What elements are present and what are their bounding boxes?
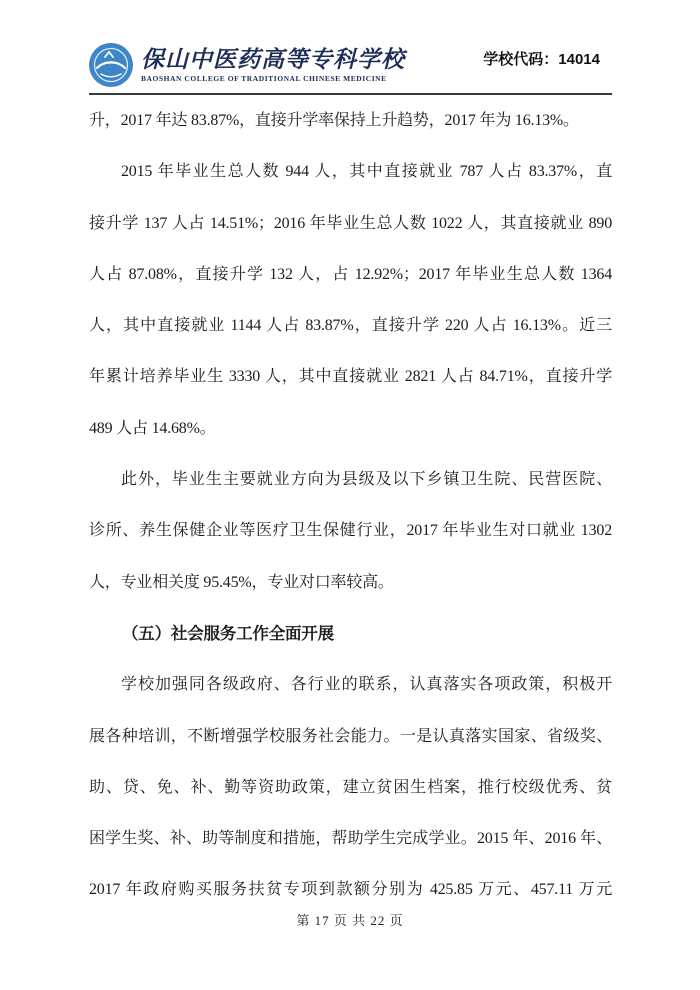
text-line: 489 人占 14.68%。 <box>89 403 612 454</box>
text-line: 诊所、养生保健企业等医疗卫生保健行业，2017 年毕业生对口就业 1302 <box>89 505 612 556</box>
text-line: 接升学 137 人占 14.51%；2016 年毕业生总人数 1022 人，其直… <box>89 198 612 249</box>
text-line: 2017 年政府购买服务扶贫专项到款额分别为 425.85 万元、457.11 … <box>89 864 612 915</box>
text-line: 助、贷、免、补、勤等资助政策，建立贫困生档案，推行校级优秀、贫 <box>89 762 612 813</box>
school-logo-icon <box>88 42 134 88</box>
text-line: 此外，毕业生主要就业方向为县级及以下乡镇卫生院、民营医院、 <box>89 454 612 505</box>
text-line: 学校加强同各级政府、各行业的联系，认真落实各项政策，积极开 <box>89 659 612 710</box>
school-code-label: 学校代码：14014 <box>483 48 600 69</box>
page-footer: 第 17 页 共 22 页 <box>0 910 700 929</box>
school-brand: 保山中医药高等专科学校 BAOSHAN COLLEGE OF TRADITION… <box>141 47 405 83</box>
section-heading: （五）社会服务工作全面开展 <box>89 608 612 659</box>
text-line: 人占 87.08%，直接升学 132 人，占 12.92%；2017 年毕业生总… <box>89 249 612 300</box>
school-name-en: BAOSHAN COLLEGE OF TRADITIONAL CHINESE M… <box>141 74 405 83</box>
page-number: 第 17 页 共 22 页 <box>296 913 403 928</box>
text-line: 2015 年毕业生总人数 944 人，其中直接就业 787 人占 83.37%，… <box>89 146 612 197</box>
document-body: 升，2017 年达 83.87%，直接升学率保持上升趋势，2017 年为 16.… <box>89 95 612 916</box>
text-line: 人，其中直接就业 1144 人占 83.87%，直接升学 220 人占 16.1… <box>89 300 612 351</box>
text-line: 困学生奖、补、助等制度和措施，帮助学生完成学业。2015 年、2016 年、 <box>89 813 612 864</box>
text-line: 展各种培训，不断增强学校服务社会能力。一是认真落实国家、省级奖、 <box>89 711 612 762</box>
document-page: 保山中医药高等专科学校 BAOSHAN COLLEGE OF TRADITION… <box>0 0 700 990</box>
text-line: 人，专业相关度 95.45%，专业对口率较高。 <box>89 557 612 608</box>
school-name-zh: 保山中医药高等专科学校 <box>141 47 405 73</box>
text-line: 年累计培养毕业生 3330 人，其中直接就业 2821 人占 84.71%，直接… <box>89 351 612 402</box>
text-line: 升，2017 年达 83.87%，直接升学率保持上升趋势，2017 年为 16.… <box>89 95 612 146</box>
